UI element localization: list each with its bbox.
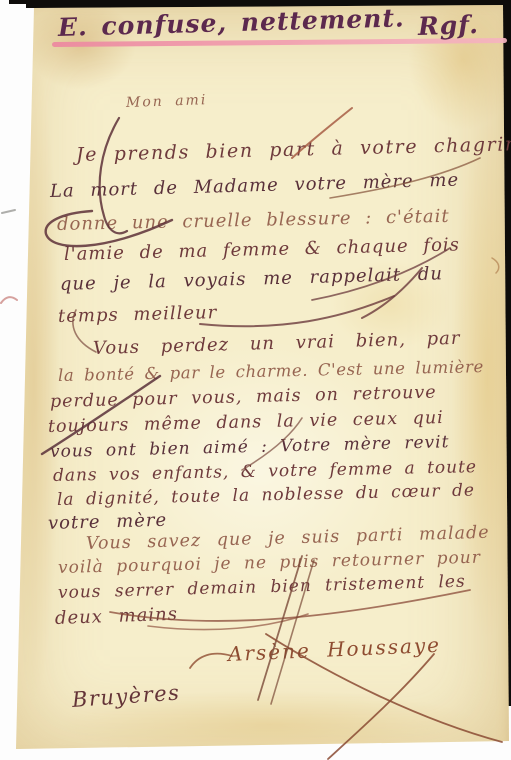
letter-line: votre mère (48, 512, 168, 533)
annotation-initials: Rgf. (418, 12, 480, 39)
scanned-letter: E. confuse, nettement. Rgf. Mon ami Je p… (0, 0, 511, 760)
letter-line: deux mains (55, 606, 179, 628)
scanner-top-edge-nub (9, 0, 29, 4)
letter-line: temps meilleur (58, 304, 218, 326)
paper-stain (8, 60, 60, 700)
salutation: Mon ami (126, 93, 208, 110)
